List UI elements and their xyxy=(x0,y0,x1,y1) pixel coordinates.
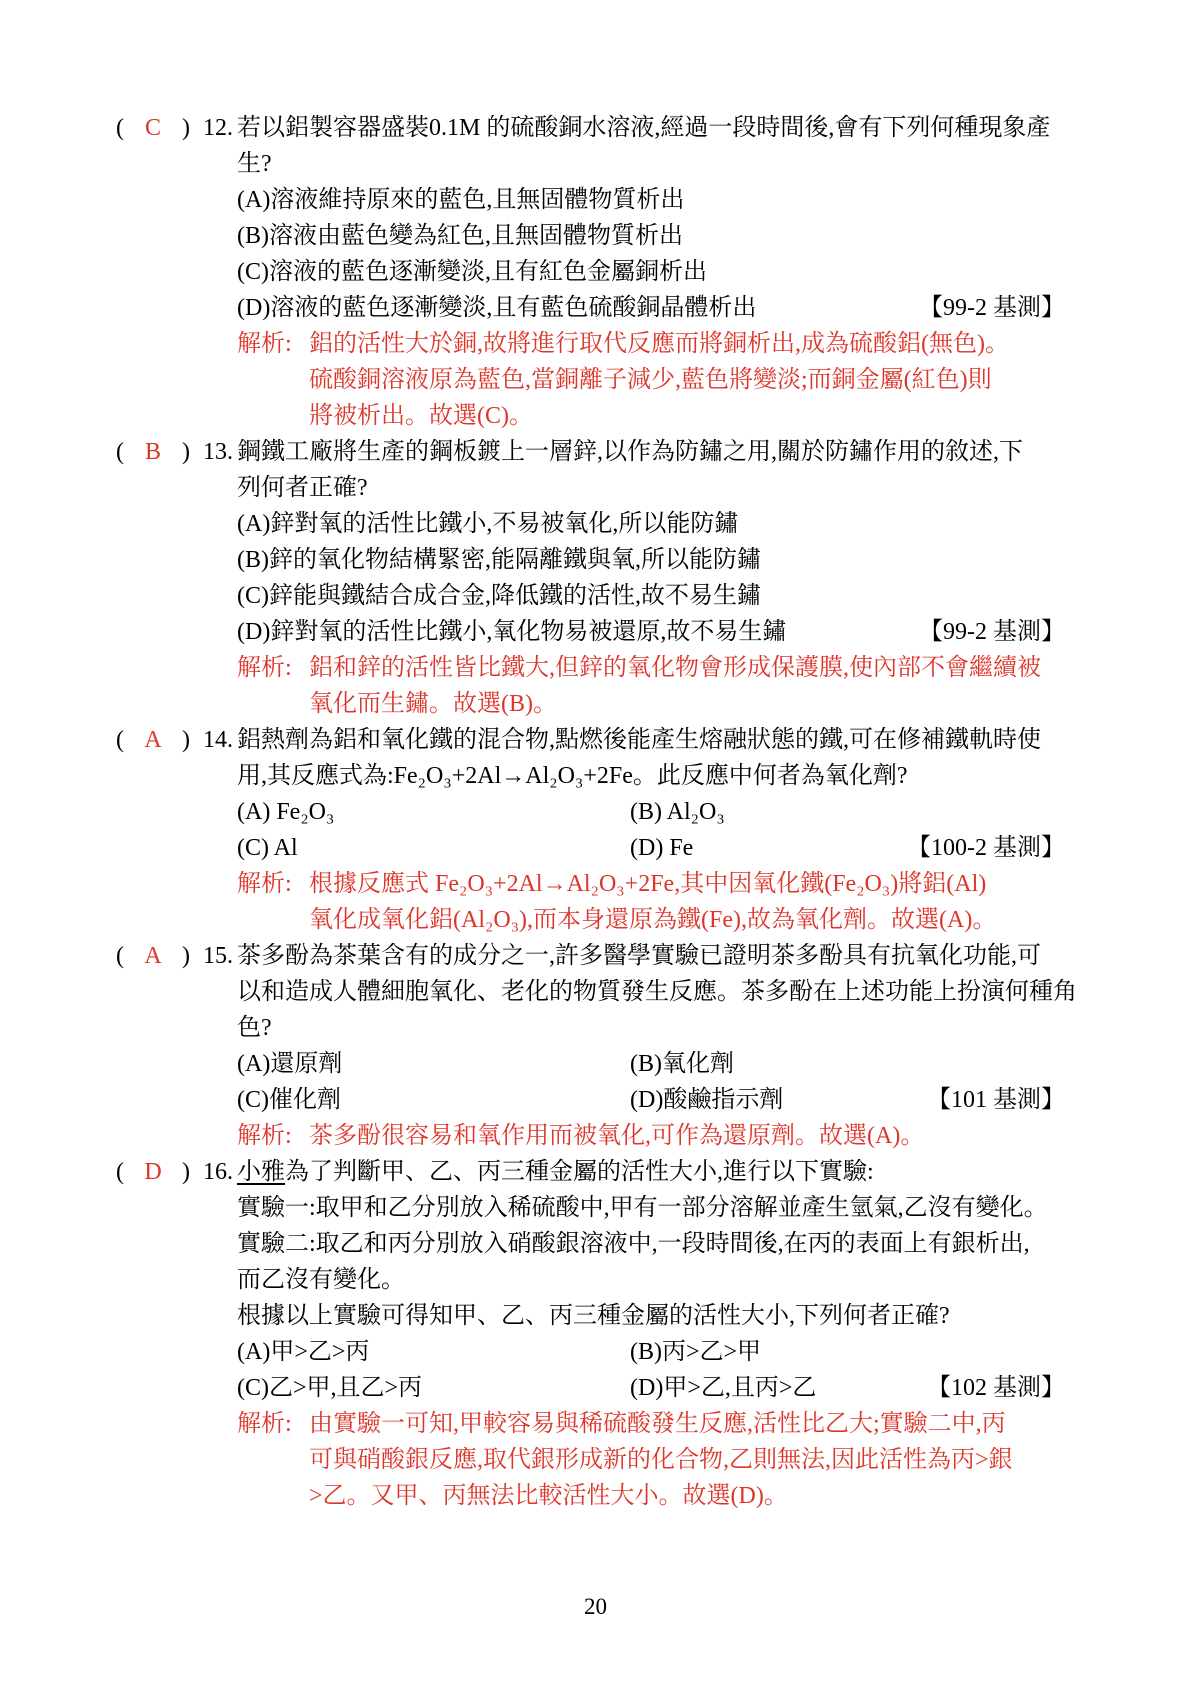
question-13: ( B ) 13. 鋼鐵工廠將生產的鋼板鍍上一層鋅,以作為防鏽之用,關於防鏽作用… xyxy=(0,434,1191,722)
option-d: (D)甲>乙,且丙>乙 xyxy=(630,1370,816,1406)
explanation-line: 解析: 茶多酚很容易和氧作用而被氧化,可作為還原劑。故選(A)。 xyxy=(0,1118,1191,1154)
option-b: (B)溶液由藍色變為紅色,且無固體物質析出 xyxy=(0,218,1191,254)
explanation-label: 解析: xyxy=(237,650,292,686)
option-b: (B)氧化劑 xyxy=(630,1046,734,1082)
answer-marker-13: ( B ) xyxy=(116,434,190,470)
option-text: (C)溶液的藍色逐漸變淡,且有紅色金屬銅析出 xyxy=(237,259,707,285)
option-text: (A)鋅對氧的活性比鐵小,不易被氧化,所以能防鏽 xyxy=(237,511,738,537)
stem-line: 鋼鐵工廠將生產的鋼板鍍上一層鋅,以作為防鏽之用,關於防鏽作用的敘述,下 xyxy=(237,439,1023,465)
stem-line: 若以鋁製容器盛裝0.1M 的硫酸銅水溶液,經過一段時間後,會有下列何種現象產 xyxy=(237,115,1050,141)
stem-text: 實驗二:取乙和丙分別放入硝酸銀溶液中,一段時間後,在丙的表面上有銀析出, xyxy=(237,1231,1030,1257)
explanation-text: 茶多酚很容易和氧作用而被氧化,可作為還原劑。故選(A)。 xyxy=(309,1123,924,1149)
option-d: (D)鋅對氧的活性比鐵小,氧化物易被還原,故不易生鏽 【99-2 基測】 xyxy=(0,614,1191,650)
paren-open: ( xyxy=(116,938,124,974)
answer-marker-14: ( A ) xyxy=(116,722,190,758)
option-a: (A)溶液維持原來的藍色,且無固體物質析出 xyxy=(0,182,1191,218)
paren-close: ) xyxy=(182,434,190,470)
explanation-line: 解析: 鋁和鋅的活性皆比鐵大,但鋅的氧化物會形成保護膜,使內部不會繼續被 xyxy=(0,650,1191,686)
stem-text: 而乙沒有變化。 xyxy=(237,1267,405,1293)
experiment-line-2: 實驗二:取乙和丙分別放入硝酸銀溶液中,一段時間後,在丙的表面上有銀析出, xyxy=(0,1226,1191,1262)
paren-close: ) xyxy=(182,722,190,758)
question-16: ( D ) 16. 小雅為了判斷甲、乙、丙三種金屬的活性大小,進行以下實驗: 實… xyxy=(0,1154,1191,1514)
answer-letter: B xyxy=(145,434,161,470)
page-number: 20 xyxy=(0,1594,1191,1620)
explanation-line: 可與硝酸銀反應,取代銀形成新的化合物,乙則無法,因此活性為丙>銀 xyxy=(0,1442,1191,1478)
answer-marker-15: ( A ) xyxy=(116,938,190,974)
explanation-text: 可與硝酸銀反應,取代銀形成新的化合物,乙則無法,因此活性為丙>銀 xyxy=(309,1447,1013,1473)
paren-open: ( xyxy=(116,110,124,146)
option-b: (B)丙>乙>甲 xyxy=(630,1334,761,1370)
explanation-text: 鋁的活性大於銅,故將進行取代反應而將銅析出,成為硫酸鋁(無色)。 xyxy=(309,331,1009,357)
explanation-line: 解析: 鋁的活性大於銅,故將進行取代反應而將銅析出,成為硫酸鋁(無色)。 xyxy=(0,326,1191,362)
question-prompt-line: 根據以上實驗可得知甲、乙、丙三種金屬的活性大小,下列何者正確? xyxy=(0,1298,1191,1334)
option-c: (C)鋅能與鐵結合成合金,降低鐵的活性,故不易生鏽 xyxy=(0,578,1191,614)
paren-close: ) xyxy=(182,1154,190,1190)
option-row-ab: (A)還原劑 (B)氧化劑 xyxy=(0,1046,1191,1082)
question-14-first-line: ( A ) 14. 鋁熱劑為鋁和氧化鐵的混合物,點燃後能產生熔融狀態的鐵,可在修… xyxy=(0,722,1191,758)
question-number: 15. xyxy=(203,938,233,974)
answer-marker-12: ( C ) xyxy=(116,110,190,146)
option-text: (C)鋅能與鐵結合成合金,降低鐵的活性,故不易生鏽 xyxy=(237,583,761,609)
paren-close: ) xyxy=(182,110,190,146)
stem-text: 列何者正確? xyxy=(237,475,368,501)
stem-line: 以和造成人體細胞氧化、老化的物質發生反應。茶多酚在上述功能上扮演何種角 xyxy=(0,974,1191,1010)
stem-line: 用,其反應式為:Fe₂O₃+2Al→Al₂O₃+2Fe。此反應中何者為氧化劑? xyxy=(0,758,1191,794)
option-b: (B) Al₂O₃ xyxy=(630,794,725,830)
stem-line: 生? xyxy=(0,146,1191,182)
experiment-line-3: 而乙沒有變化。 xyxy=(0,1262,1191,1298)
stem-text: 生? xyxy=(237,151,272,177)
stem-text: 用,其反應式為:Fe₂O₃+2Al→Al₂O₃+2Fe。此反應中何者為氧化劑? xyxy=(237,763,908,789)
explanation-line: 解析: 由實驗一可知,甲較容易與稀硫酸發生反應,活性比乙大;實驗二中,丙 xyxy=(0,1406,1191,1442)
explanation-text: 將被析出。故選(C)。 xyxy=(309,403,533,429)
stem-line: 鋁熱劑為鋁和氧化鐵的混合物,點燃後能產生熔融狀態的鐵,可在修補鐵軌時使 xyxy=(237,727,1041,753)
option-row-cd: (C)催化劑 (D)酸鹼指示劑 【101 基測】 xyxy=(0,1082,1191,1118)
option-row-cd: (C)乙>甲,且乙>丙 (D)甲>乙,且丙>乙 【102 基測】 xyxy=(0,1370,1191,1406)
explanation-text: >乙。又甲、丙無法比較活性大小。故選(D)。 xyxy=(309,1483,788,1509)
option-b: (B)鋅的氧化物結構緊密,能隔離鐵與氧,所以能防鏽 xyxy=(0,542,1191,578)
question-number: 13. xyxy=(203,434,233,470)
stem-text: 實驗一:取甲和乙分別放入稀硫酸中,甲有一部分溶解並產生氫氣,乙沒有變化。 xyxy=(237,1195,1048,1221)
exam-source-tag: 【99-2 基測】 xyxy=(919,290,1065,326)
question-13-first-line: ( B ) 13. 鋼鐵工廠將生產的鋼板鍍上一層鋅,以作為防鏽之用,關於防鏽作用… xyxy=(0,434,1191,470)
question-15-first-line: ( A ) 15. 茶多酚為茶葉含有的成分之一,許多醫學實驗已證明茶多酚具有抗氧… xyxy=(0,938,1191,974)
option-d: (D)溶液的藍色逐漸變淡,且有藍色硫酸銅晶體析出 【99-2 基測】 xyxy=(0,290,1191,326)
paren-open: ( xyxy=(116,722,124,758)
stem-line: 色? xyxy=(0,1010,1191,1046)
option-row-ab: (A) Fe₂O₃ (B) Al₂O₃ xyxy=(0,794,1191,830)
option-row-ab: (A)甲>乙>丙 (B)丙>乙>甲 xyxy=(0,1334,1191,1370)
option-d: (D) Fe xyxy=(630,830,693,866)
option-row-cd: (C) Al (D) Fe 【100-2 基測】 xyxy=(0,830,1191,866)
option-text: (B)鋅的氧化物結構緊密,能隔離鐵與氧,所以能防鏽 xyxy=(237,547,761,573)
student-name-underlined: 小雅 xyxy=(237,1159,285,1185)
question-14: ( A ) 14. 鋁熱劑為鋁和氧化鐵的混合物,點燃後能產生熔融狀態的鐵,可在修… xyxy=(0,722,1191,938)
option-c: (C)溶液的藍色逐漸變淡,且有紅色金屬銅析出 xyxy=(0,254,1191,290)
answer-letter: D xyxy=(144,1154,161,1190)
answer-letter: A xyxy=(144,938,161,974)
explanation-text: 根據反應式 Fe₂O₃+2Al→Al₂O₃+2Fe,其中因氧化鐵(Fe₂O₃)將… xyxy=(309,871,986,897)
exam-source-tag: 【99-2 基測】 xyxy=(919,614,1065,650)
explanation-line: 解析: 根據反應式 Fe₂O₃+2Al→Al₂O₃+2Fe,其中因氧化鐵(Fe₂… xyxy=(0,866,1191,902)
question-12: ( C ) 12. 若以鋁製容器盛裝0.1M 的硫酸銅水溶液,經過一段時間後,會… xyxy=(0,110,1191,434)
stem-text: 以和造成人體細胞氧化、老化的物質發生反應。茶多酚在上述功能上扮演何種角 xyxy=(237,979,1077,1005)
option-a: (A)甲>乙>丙 xyxy=(237,1339,369,1365)
exam-source-tag: 【100-2 基測】 xyxy=(907,830,1065,866)
question-number: 16. xyxy=(203,1154,233,1190)
option-c: (C)乙>甲,且乙>丙 xyxy=(237,1375,422,1401)
stem-line: 茶多酚為茶葉含有的成分之一,許多醫學實驗已證明茶多酚具有抗氧化功能,可 xyxy=(237,943,1041,969)
paren-open: ( xyxy=(116,434,124,470)
explanation-label: 解析: xyxy=(237,1118,292,1154)
option-c: (C)催化劑 xyxy=(237,1087,341,1113)
explanation-line: 氧化成氧化鋁(Al₂O₃),而本身還原為鐵(Fe),故為氧化劑。故選(A)。 xyxy=(0,902,1191,938)
experiment-line-1: 實驗一:取甲和乙分別放入稀硫酸中,甲有一部分溶解並產生氫氣,乙沒有變化。 xyxy=(0,1190,1191,1226)
option-a: (A)還原劑 xyxy=(237,1051,342,1077)
question-15: ( A ) 15. 茶多酚為茶葉含有的成分之一,許多醫學實驗已證明茶多酚具有抗氧… xyxy=(0,938,1191,1154)
explanation-line: >乙。又甲、丙無法比較活性大小。故選(D)。 xyxy=(0,1478,1191,1514)
question-12-first-line: ( C ) 12. 若以鋁製容器盛裝0.1M 的硫酸銅水溶液,經過一段時間後,會… xyxy=(0,110,1191,146)
option-text: (B)溶液由藍色變為紅色,且無固體物質析出 xyxy=(237,223,683,249)
explanation-line: 將被析出。故選(C)。 xyxy=(0,398,1191,434)
explanation-label: 解析: xyxy=(237,866,292,902)
option-text: (A)溶液維持原來的藍色,且無固體物質析出 xyxy=(237,187,684,213)
explanation-label: 解析: xyxy=(237,1406,292,1442)
stem-line: 列何者正確? xyxy=(0,470,1191,506)
exam-page-content: ( C ) 12. 若以鋁製容器盛裝0.1M 的硫酸銅水溶液,經過一段時間後,會… xyxy=(0,110,1191,1514)
paren-close: ) xyxy=(182,938,190,974)
option-text: (D)鋅對氧的活性比鐵小,氧化物易被還原,故不易生鏽 xyxy=(237,619,786,645)
question-number: 14. xyxy=(203,722,233,758)
question-16-first-line: ( D ) 16. 小雅為了判斷甲、乙、丙三種金屬的活性大小,進行以下實驗: xyxy=(0,1154,1191,1190)
option-c: (C) Al xyxy=(237,835,298,861)
paren-open: ( xyxy=(116,1154,124,1190)
answer-marker-16: ( D ) xyxy=(116,1154,190,1190)
stem-line: 為了判斷甲、乙、丙三種金屬的活性大小,進行以下實驗: xyxy=(285,1159,874,1185)
answer-letter: C xyxy=(145,110,161,146)
option-d: (D)酸鹼指示劑 xyxy=(630,1082,783,1118)
explanation-line: 氧化而生鏽。故選(B)。 xyxy=(0,686,1191,722)
explanation-text: 由實驗一可知,甲較容易與稀硫酸發生反應,活性比乙大;實驗二中,丙 xyxy=(309,1411,1006,1437)
exam-source-tag: 【101 基測】 xyxy=(927,1082,1065,1118)
explanation-text: 鋁和鋅的活性皆比鐵大,但鋅的氧化物會形成保護膜,使內部不會繼續被 xyxy=(309,655,1041,681)
explanation-line: 硫酸銅溶液原為藍色,當銅離子減少,藍色將變淡;而銅金屬(紅色)則 xyxy=(0,362,1191,398)
explanation-text: 氧化而生鏽。故選(B)。 xyxy=(309,691,557,717)
question-number: 12. xyxy=(203,110,233,146)
answer-letter: A xyxy=(144,722,161,758)
stem-text: 根據以上實驗可得知甲、乙、丙三種金屬的活性大小,下列何者正確? xyxy=(237,1303,950,1329)
exam-source-tag: 【102 基測】 xyxy=(927,1370,1065,1406)
option-a: (A) Fe₂O₃ xyxy=(237,799,334,825)
option-a: (A)鋅對氧的活性比鐵小,不易被氧化,所以能防鏽 xyxy=(0,506,1191,542)
option-text: (D)溶液的藍色逐漸變淡,且有藍色硫酸銅晶體析出 xyxy=(237,295,756,321)
explanation-text: 硫酸銅溶液原為藍色,當銅離子減少,藍色將變淡;而銅金屬(紅色)則 xyxy=(309,367,992,393)
explanation-text: 氧化成氧化鋁(Al₂O₃),而本身還原為鐵(Fe),故為氧化劑。故選(A)。 xyxy=(309,907,996,933)
explanation-label: 解析: xyxy=(237,326,292,362)
stem-text: 色? xyxy=(237,1015,272,1041)
